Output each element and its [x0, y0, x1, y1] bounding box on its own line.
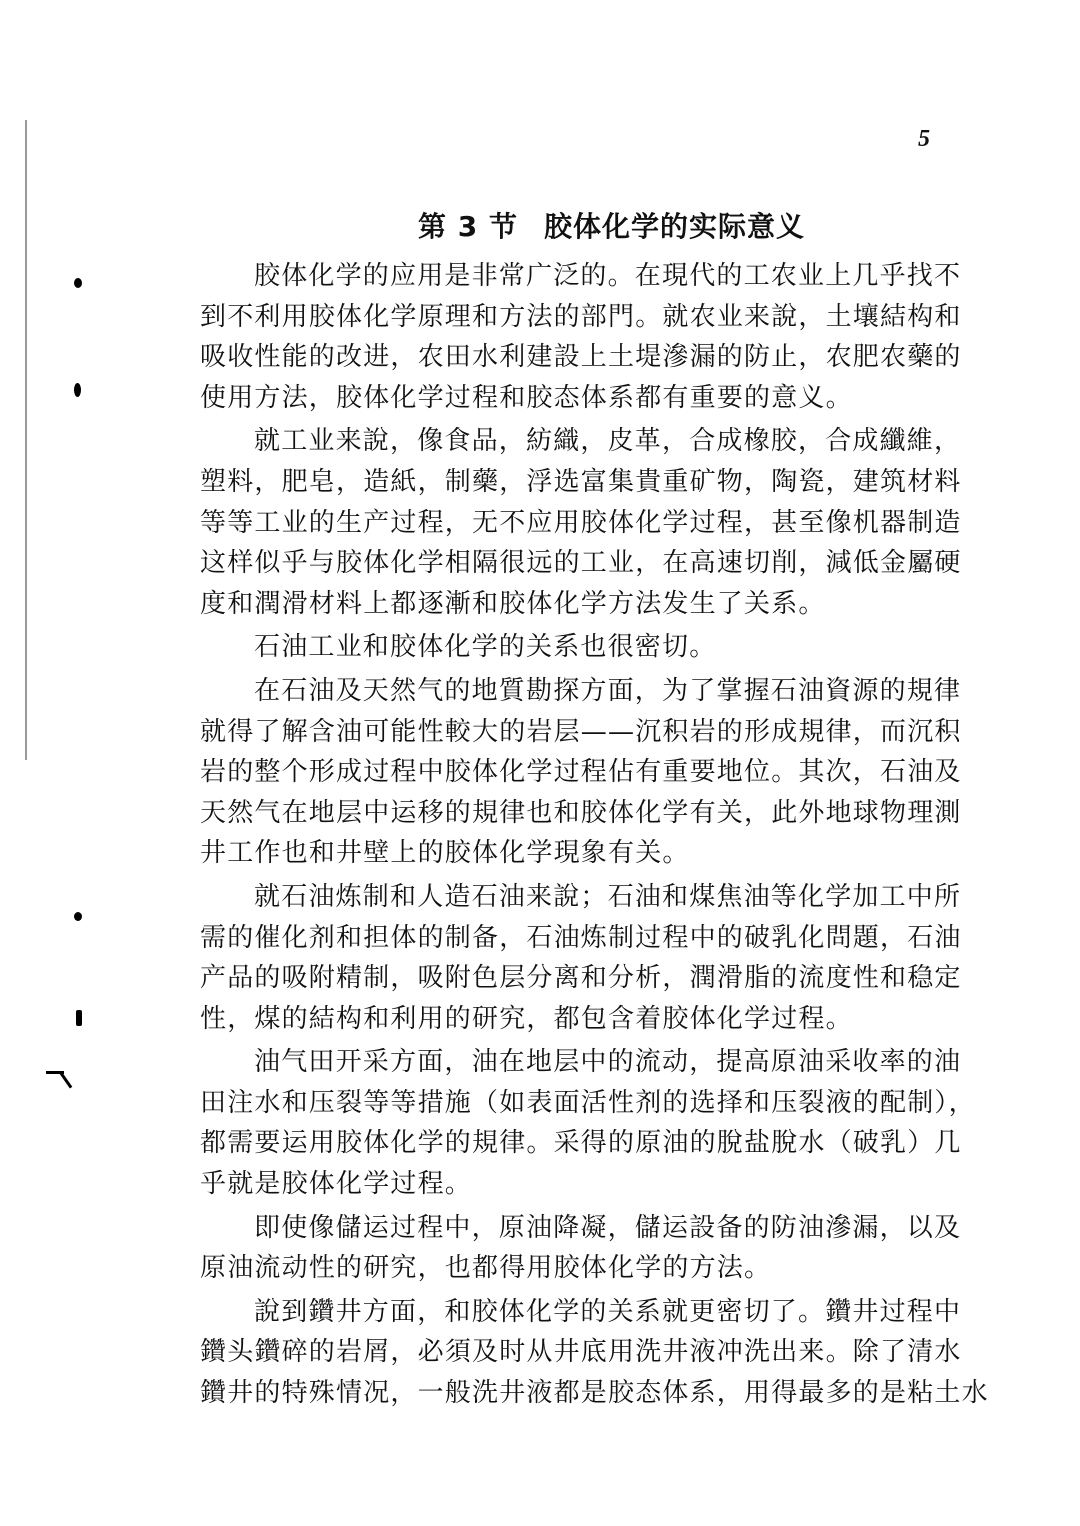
text-line: 需的催化剂和担体的制备，石油炼制过程中的破乳化問題，石油 [200, 918, 975, 959]
text-line: 說到鑽井方面，和胶体化学的关系就更密切了。鑽井过程中 [200, 1292, 975, 1333]
text-line: 这样似乎与胶体化学相隔很远的工业，在高速切削，減低金屬硬 [200, 543, 975, 584]
text-line: 鑽井的特殊情况，一般洗井液都是胶态体系，用得最多的是粘土水 [200, 1373, 975, 1414]
margin-mark [76, 1010, 82, 1026]
text-line: 原油流动性的研究，也都得用胶体化学的方法。 [200, 1248, 975, 1289]
text-line: 鑽头鑽碎的岩屑，必須及时从井底用洗井液冲洗出来。除了清水 [200, 1332, 975, 1373]
margin-dot [74, 278, 82, 288]
text-line: 乎就是胶体化学过程。 [200, 1164, 975, 1205]
margin-dot [74, 383, 81, 397]
text-line: 天然气在地层中运移的規律也和胶体化学有关，此外地球物理測 [200, 793, 975, 834]
text-line: 岩的整个形成过程中胶体化学过程佔有重要地位。其次，石油及 [200, 752, 975, 793]
text-line: 吸收性能的改进，农田水利建設上土堤滲漏的防止，农肥农藥的 [200, 337, 975, 378]
text-line: 即使像儲运过程中，原油降凝，儲运設备的防油滲漏，以及 [200, 1208, 975, 1249]
text-line: 油气田开采方面，油在地层中的流动，提高原油采收率的油 [200, 1042, 975, 1083]
text-line: 就得了解含油可能性較大的岩层——沉积岩的形成規律，而沉积 [200, 712, 975, 753]
section-heading: 胶体化学的实际意义 [544, 210, 805, 243]
text-line: 到不利用胶体化学原理和方法的部門。就农业来說，土壤結构和 [200, 297, 975, 338]
section-number: 第 3 节 [418, 210, 518, 243]
margin-dot [74, 912, 82, 921]
text-line: 塑料，肥皂，造紙，制藥，浮选富集貴重矿物，陶瓷，建筑材料 [200, 462, 975, 503]
text-line: 使用方法，胶体化学过程和胶态体系都有重要的意义。 [200, 378, 975, 419]
margin-scratch [60, 1072, 73, 1088]
text-line: 产品的吸附精制，吸附色层分离和分析，潤滑脂的流度性和稳定 [200, 958, 975, 999]
text-line: 田注水和压裂等等措施（如表面活性剂的选择和压裂液的配制）， [200, 1083, 975, 1124]
text-line: 都需要运用胶体化学的規律。采得的原油的脫盐脫水（破乳）几 [200, 1123, 975, 1164]
text-line: 井工作也和井壁上的胶体化学現象有关。 [200, 833, 975, 874]
text-line: 等等工业的生产过程，无不应用胶体化学过程，甚至像机器制造 [200, 503, 975, 544]
text-line: 就工业来說，像食品，紡織，皮革，合成橡胶，合成纖維， [200, 421, 975, 462]
text-line: 性，煤的結构和利用的研究，都包含着胶体化学过程。 [200, 999, 975, 1040]
body-text: 胶体化学的应用是非常广泛的。在現代的工农业上几乎找不到不利用胶体化学原理和方法的… [200, 256, 975, 1414]
page-number: 5 [918, 126, 930, 153]
text-line: 石油工业和胶体化学的关系也很密切。 [200, 627, 975, 668]
text-line: 胶体化学的应用是非常广泛的。在現代的工农业上几乎找不 [200, 256, 975, 297]
section-title: 第 3 节胶体化学的实际意义 [418, 205, 805, 245]
text-line: 度和潤滑材料上都逐漸和胶体化学方法发生了关系。 [200, 584, 975, 625]
text-line: 在石油及天然气的地質勘探方面，为了掌握石油資源的規律 [200, 671, 975, 712]
text-line: 就石油炼制和人造石油来說；石油和煤焦油等化学加工中所 [200, 877, 975, 918]
scan-margin-line [25, 120, 27, 760]
